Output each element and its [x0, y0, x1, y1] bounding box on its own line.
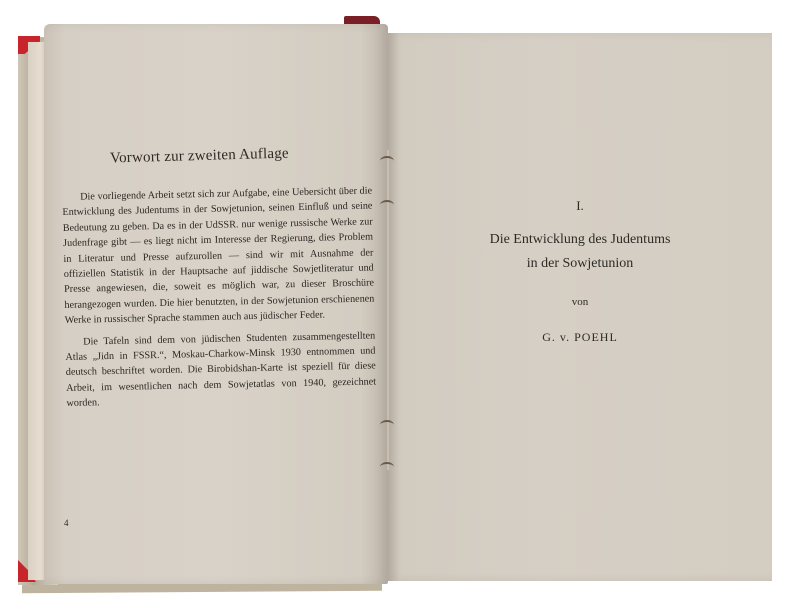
preface-paragraph: Die Tafeln sind dem von jüdischen Studen…: [65, 328, 377, 412]
preface-paragraph: Die vorliegende Arbeit setzt sich zur Au…: [62, 184, 375, 329]
by-label: von: [388, 296, 772, 308]
page-number: 4: [64, 518, 69, 528]
chapter-number: I.: [388, 198, 772, 214]
stitch: [380, 462, 394, 472]
author-name: G. v. POEHL: [388, 330, 772, 345]
stitch: [380, 420, 394, 430]
preface-body: Die vorliegende Arbeit setzt sich zur Au…: [62, 184, 377, 412]
stitch: [380, 156, 394, 166]
chapter-title-line2: in der Sowjetunion: [388, 256, 772, 272]
chapter-title-line1: Die Entwicklung des Judentums: [388, 232, 772, 248]
